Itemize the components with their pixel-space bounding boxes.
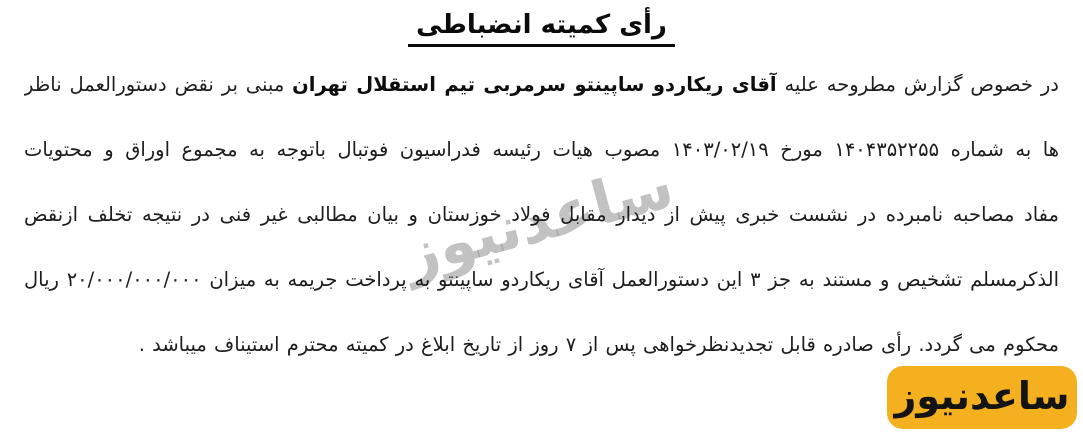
line4-text: الذکرمسلم تشخیص و مستند به جز ۳ این دستو…	[24, 268, 1059, 297]
paragraph-line-1: در خصوص گزارش مطروحه علیه آقای ریکاردو س…	[24, 68, 1059, 102]
saednews-logo: ساعدنیوز	[887, 366, 1077, 429]
line2-text: ها به شماره ۱۴۰۴۳۵۲۲۵۵ مورخ ۱۴۰۳/۰۲/۱۹ م…	[24, 138, 1059, 167]
title-row: رأی کمیته انضباطی	[24, 10, 1059, 56]
ruling-paragraph: در خصوص گزارش مطروحه علیه آقای ریکاردو س…	[24, 68, 1059, 362]
paragraph-line-5: محکوم می گردد. رأی صادره قابل تجدیدنظرخو…	[24, 328, 1059, 362]
document-title: رأی کمیته انضباطی	[408, 10, 675, 47]
line1-text: در خصوص گزارش مطروحه علیه	[777, 73, 1059, 96]
saednews-logo-text: ساعدنیوز	[894, 377, 1069, 419]
line5-text: محکوم می گردد. رأی صادره قابل تجدیدنظرخو…	[139, 333, 1059, 356]
paragraph-line-3: مفاد مصاحبه نامبرده در نشست خبری پیش از …	[24, 198, 1059, 232]
scanned-document: رأی کمیته انضباطی در خصوص گزارش مطروحه ع…	[0, 0, 1083, 433]
coach-name-bold: آقای ریکاردو ساپینتو سرمربی تیم استقلال …	[292, 73, 776, 96]
line3-text: مفاد مصاحبه نامبرده در نشست خبری پیش از …	[24, 203, 1059, 232]
paragraph-line-4: الذکرمسلم تشخیص و مستند به جز ۳ این دستو…	[24, 263, 1059, 297]
paragraph-line-2: ها به شماره ۱۴۰۴۳۵۲۲۵۵ مورخ ۱۴۰۳/۰۲/۱۹ م…	[24, 133, 1059, 167]
